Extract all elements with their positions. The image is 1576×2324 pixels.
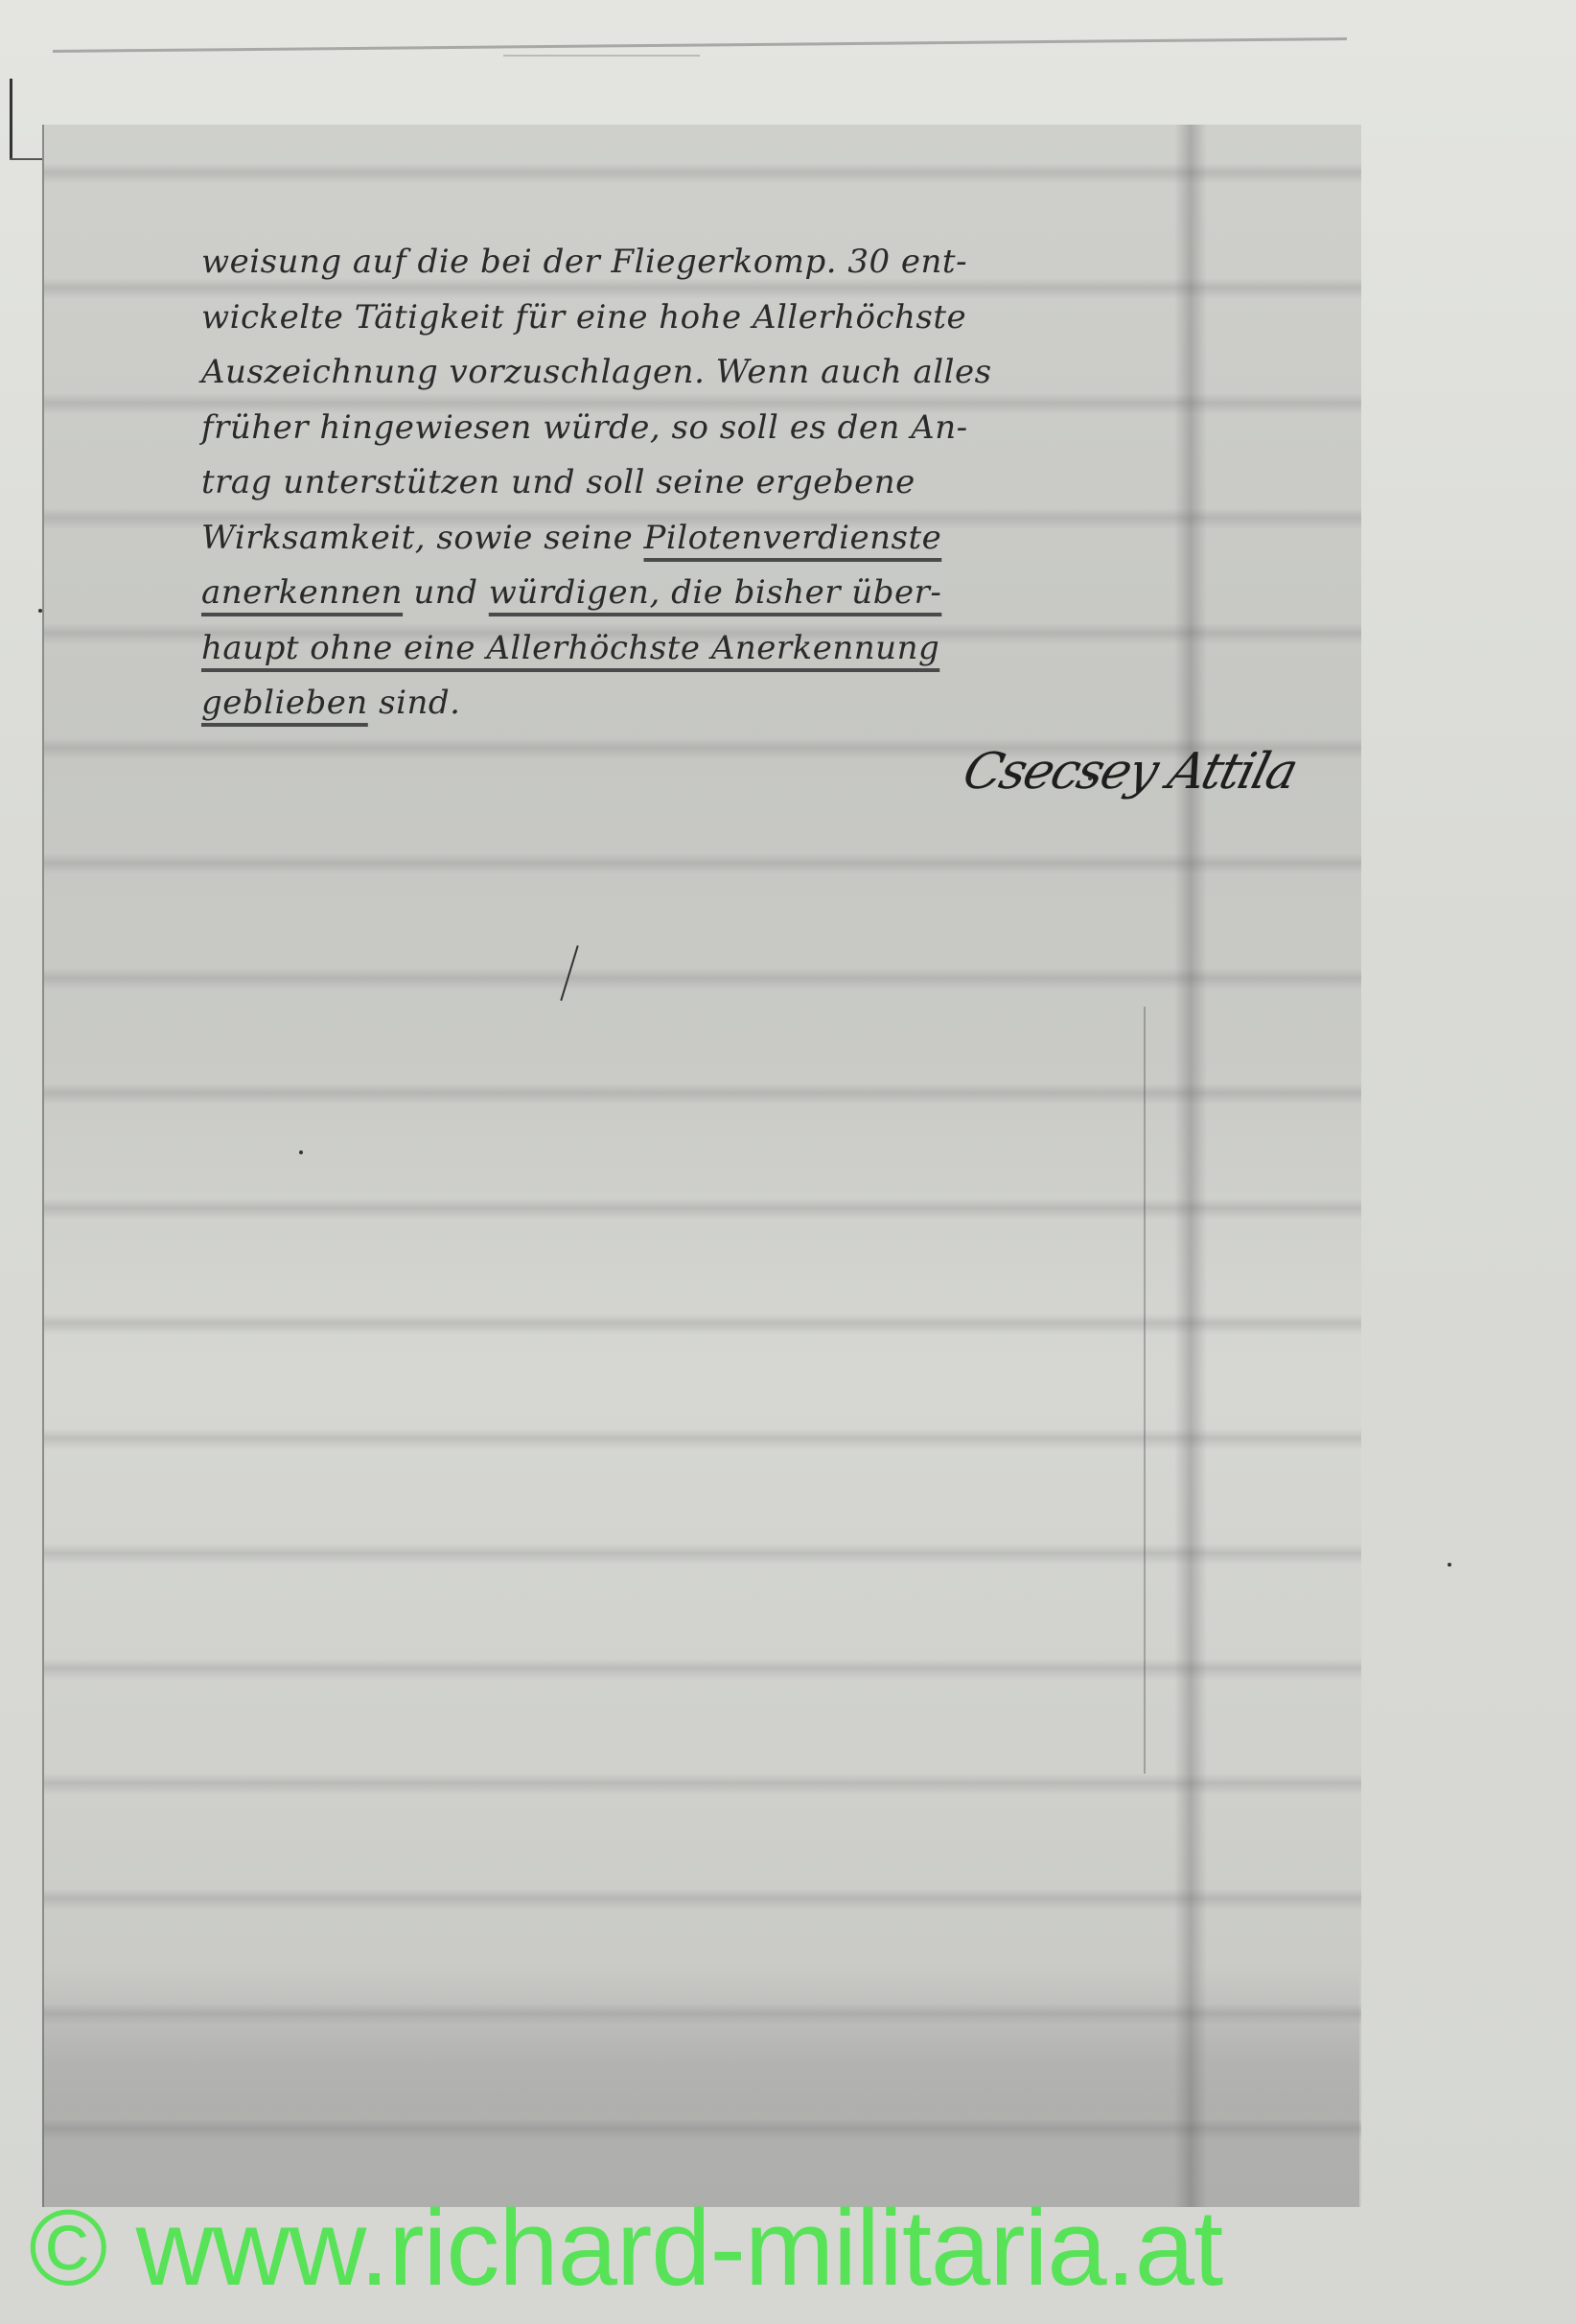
text-line-8: haupt ohne eine Allerhöchste Anerkennung (201, 621, 1323, 677)
text-line-4: früher hingewiesen würde, so soll es den… (201, 401, 1323, 456)
text-line-3: Auszeichnung vorzuschlagen. Wenn auch al… (201, 345, 1323, 401)
handwritten-text: weisung auf die bei der Fliegerkomp. 30 … (201, 235, 1323, 732)
text-line-8-underlined: haupt ohne eine Allerhöchste Anerkennung (201, 629, 939, 667)
left-edge-mark (10, 79, 12, 160)
text-line-1: weisung auf die bei der Fliegerkomp. 30 … (201, 235, 1323, 290)
top-border-line-fragment (503, 55, 700, 57)
text-line-9: geblieben sind. (201, 676, 1323, 732)
text-line-5: trag unterstützen und soll seine ergeben… (201, 455, 1323, 511)
text-line-9-plain: sind. (368, 684, 461, 722)
text-line-7: anerkennen und würdigen, die bisher über… (201, 566, 1323, 621)
text-line-6-plain: Wirksamkeit, sowie seine (201, 519, 644, 557)
text-line-2: wickelte Tätigkeit für eine hohe Allerhö… (201, 290, 1323, 346)
vertical-thin-streak (1144, 1007, 1146, 1774)
text-line-7-underlined-2: würdigen, die bisher über- (489, 573, 942, 612)
speck (1088, 777, 1092, 780)
signature: Csecsey Attila (945, 743, 1307, 848)
photocopy-bottom-band (42, 1965, 1359, 2207)
text-line-6-underlined: Pilotenverdienste (644, 519, 942, 557)
text-line-9-underlined: geblieben (201, 684, 368, 722)
speck (299, 1150, 303, 1154)
text-line-6: Wirksamkeit, sowie seine Pilotenverdiens… (201, 511, 1323, 567)
copyright-watermark: © www.richard-militaria.at (29, 2191, 1563, 2306)
text-line-7-underlined-1: anerkennen (201, 573, 403, 612)
speck (38, 609, 42, 613)
text-line-7-plain: und (403, 573, 489, 612)
speck (1448, 1563, 1451, 1567)
